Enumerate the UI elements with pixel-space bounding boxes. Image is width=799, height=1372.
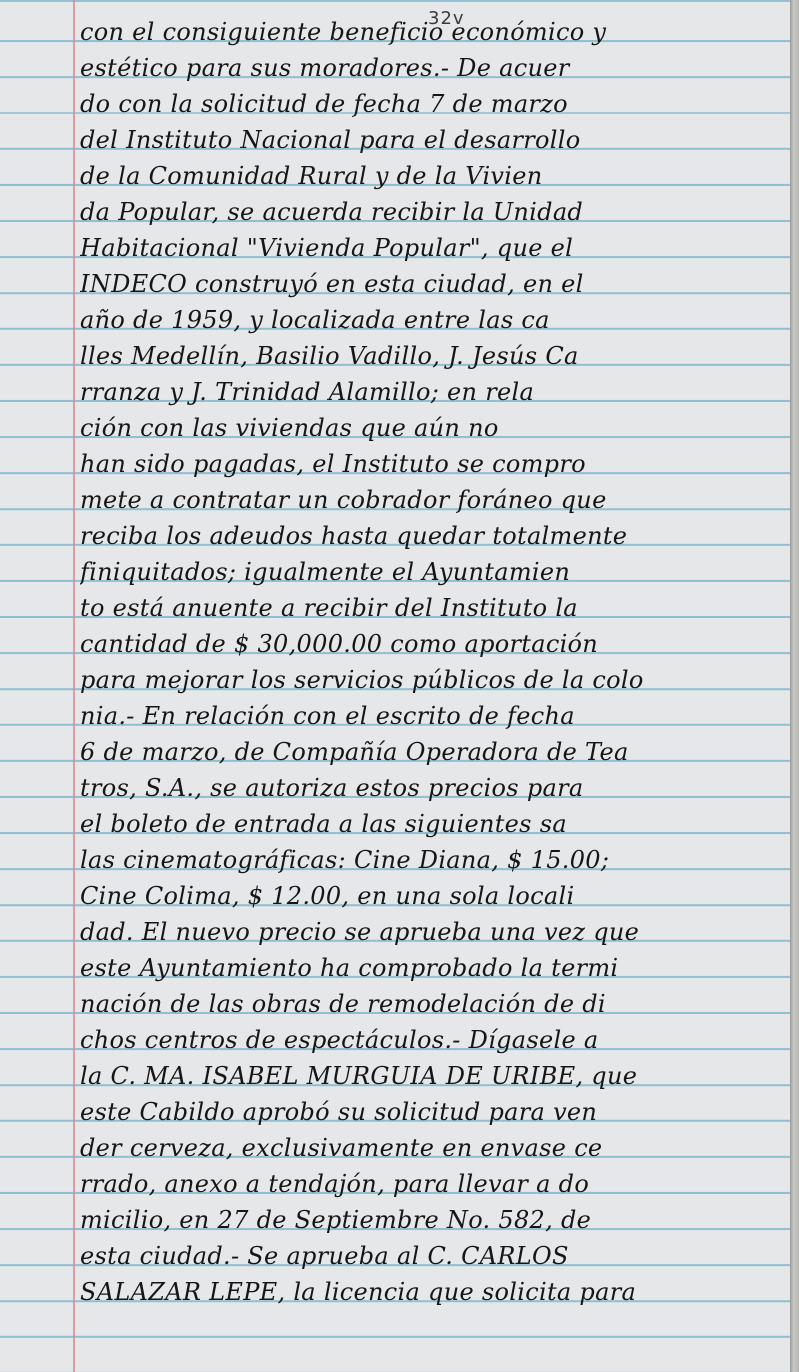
- text-line: micilio, en 27 de Septiembre No. 582, de: [80, 1202, 792, 1238]
- text-line: este Cabildo aprobó su solicitud para ve…: [80, 1094, 792, 1130]
- text-line: cantidad de $ 30,000.00 como aportación: [80, 626, 792, 662]
- text-line: Cine Colima, $ 12.00, en una sola locali: [80, 878, 792, 914]
- text-line: rranza y J. Trinidad Alamillo; en rela: [80, 374, 792, 410]
- text-line: con el consiguiente beneficio económico …: [80, 14, 792, 50]
- text-line: para mejorar los servicios públicos de l…: [80, 662, 792, 698]
- text-line: da Popular, se acuerda recibir la Unidad: [80, 194, 792, 230]
- text-line: el boleto de entrada a las siguientes sa: [80, 806, 792, 842]
- text-line: lles Medellín, Basilio Vadillo, J. Jesús…: [80, 338, 792, 374]
- text-line: esta ciudad.- Se aprueba al C. CARLOS: [80, 1238, 792, 1274]
- text-line: tros, S.A., se autoriza estos precios pa…: [80, 770, 792, 806]
- text-line: dad. El nuevo precio se aprueba una vez …: [80, 914, 792, 950]
- text-line: Habitacional "Vivienda Popular", que el: [80, 230, 792, 266]
- text-line: este Ayuntamiento ha comprobado la termi: [80, 950, 792, 986]
- text-line: del Instituto Nacional para el desarroll…: [80, 122, 792, 158]
- handwritten-text-body: con el consiguiente beneficio económico …: [80, 14, 792, 1310]
- text-line: año de 1959, y localizada entre las ca: [80, 302, 792, 338]
- text-line: finiquitados; igualmente el Ayuntamien: [80, 554, 792, 590]
- margin-line: [73, 0, 75, 1372]
- text-line: to está anuente a recibir del Instituto …: [80, 590, 792, 626]
- text-line: rrado, anexo a tendajón, para llevar a d…: [80, 1166, 792, 1202]
- text-line: de la Comunidad Rural y de la Vivien: [80, 158, 792, 194]
- text-line: der cerveza, exclusivamente en envase ce: [80, 1130, 792, 1166]
- text-line: ción con las viviendas que aún no: [80, 410, 792, 446]
- text-line: nación de las obras de remodelación de d…: [80, 986, 792, 1022]
- text-line: INDECO construyó en esta ciudad, en el: [80, 266, 792, 302]
- text-line: estético para sus moradores.- De acuer: [80, 50, 792, 86]
- text-line: SALAZAR LEPE, la licencia que solicita p…: [80, 1274, 792, 1310]
- text-line: mete a contratar un cobrador foráneo que: [80, 482, 792, 518]
- text-line: do con la solicitud de fecha 7 de marzo: [80, 86, 792, 122]
- text-line: la C. MA. ISABEL MURGUIA DE URIBE, que: [80, 1058, 792, 1094]
- notebook-page: 32v con el consiguiente beneficio económ…: [0, 0, 790, 1372]
- text-line: las cinematográficas: Cine Diana, $ 15.0…: [80, 842, 792, 878]
- text-line: chos centros de espectáculos.- Dígasele …: [80, 1022, 792, 1058]
- page-edge: [790, 0, 799, 1372]
- text-line: han sido pagadas, el Instituto se compro: [80, 446, 792, 482]
- text-line: 6 de marzo, de Compañía Operadora de Tea: [80, 734, 792, 770]
- text-line: nia.- En relación con el escrito de fech…: [80, 698, 792, 734]
- text-line: reciba los adeudos hasta quedar totalmen…: [80, 518, 792, 554]
